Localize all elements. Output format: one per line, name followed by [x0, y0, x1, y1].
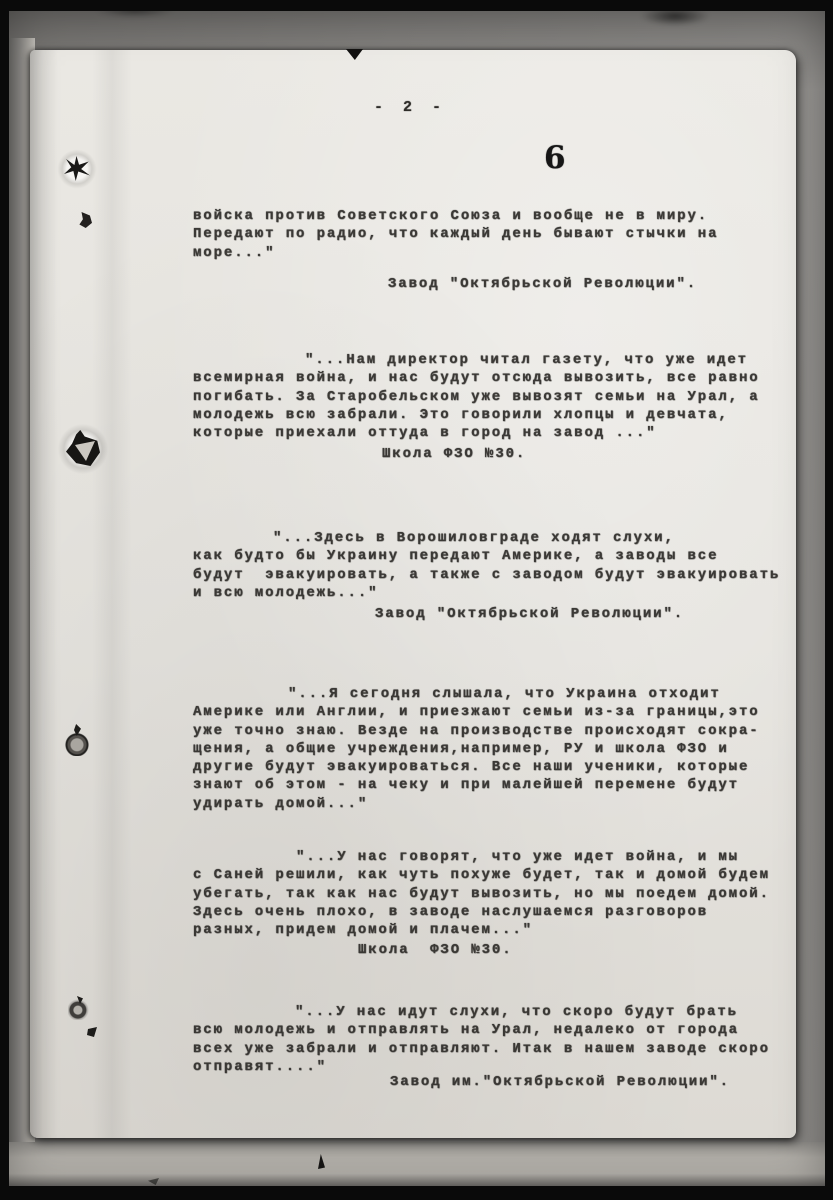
punch-hole-tear-icon — [78, 212, 92, 228]
text-line: море..." — [193, 244, 718, 262]
attribution-text: Завод "Октябрьской Революции". — [375, 605, 684, 623]
text-line: "...Нам директор читал газету, что уже и… — [193, 351, 760, 369]
text-line: "...Я сегодня слышала, что Украина отход… — [193, 685, 760, 703]
attribution-2: Школа ФЗО №30. — [382, 445, 526, 463]
text-line: щения, а общие учреждения,например, РУ и… — [193, 740, 760, 758]
text-line: погибать. За Старобельском уже вывозят с… — [193, 388, 760, 406]
frame-edge-left — [0, 0, 9, 1200]
paper-flap — [75, 441, 95, 461]
archive-folio-number: 6 — [544, 143, 566, 174]
paragraph-2: "...Нам директор читал газету, что уже и… — [193, 351, 760, 442]
paragraph-5: "...У нас говорят, что уже идет война, и… — [193, 848, 770, 939]
attribution-text: Школа ФЗО №30. — [358, 941, 513, 959]
attribution-text: Школа ФЗО №30. — [382, 445, 526, 463]
attribution-4: Школа ФЗО №30. — [358, 941, 513, 959]
text-line: Америке или Англии, и приезжают семьи из… — [193, 703, 760, 721]
text-line: разных, придем домой и плачем..." — [193, 921, 770, 939]
top-edge-tear-icon — [346, 49, 363, 60]
text-line: Здесь очень плохо, в заводе наслушаемся … — [193, 903, 770, 921]
text-line: другие будут эвакуироваться. Все наши уч… — [193, 758, 760, 776]
text-line: и всю молодежь..." — [193, 584, 780, 602]
text-line: войска против Советского Союза и вообще … — [193, 207, 718, 225]
punch-hole-icon — [64, 728, 90, 756]
text-line: "...У нас говорят, что уже идет война, и… — [193, 848, 770, 866]
text-line: с Саней решили, как чуть похуже будет, т… — [193, 866, 770, 884]
text-line: знают об этом - на чеку и при малейшей п… — [193, 776, 760, 794]
punch-hole-tear-icon — [87, 1027, 97, 1037]
paragraph-3: "...Здесь в Ворошиловграде ходят слухи, … — [193, 529, 780, 602]
attribution-3: Завод "Октябрьской Революции". — [375, 605, 684, 623]
punch-hole-icon — [68, 998, 90, 1020]
paragraph-4: "...Я сегодня слышала, что Украина отход… — [193, 685, 760, 813]
text-line: всех уже забрали и отправляют. Итак в на… — [193, 1040, 770, 1058]
paragraph-6: "...У нас идут слухи, что скоро будут бр… — [193, 1003, 770, 1076]
attribution-text: Завод "Октябрьской Революции". — [388, 275, 697, 293]
text-line: как будто бы Украину передают Америке, а… — [193, 547, 780, 565]
text-line: "...Здесь в Ворошиловграде ходят слухи, — [193, 529, 780, 547]
text-line: Передают по радио, что каждый день бываю… — [193, 225, 718, 243]
text-line: "...У нас идут слухи, что скоро будут бр… — [193, 1003, 770, 1021]
attribution-1: Завод "Октябрьской Революции". — [388, 275, 697, 293]
attribution-text: Завод им."Октябрьской Революции". — [390, 1073, 730, 1091]
text-line: удирать домой..." — [193, 795, 760, 813]
scanner-table-edge — [9, 1142, 825, 1186]
text-line: будут эвакуировать, а также с заводом бу… — [193, 566, 780, 584]
text-line: которые приехали оттуда в город на завод… — [193, 424, 760, 442]
document-scan: - 2 - 6 войска против Советского Союза и… — [0, 0, 833, 1200]
page-number: - 2 - — [374, 99, 447, 116]
frame-edge-top — [0, 0, 833, 11]
attribution-5: Завод им."Октябрьской Революции". — [390, 1073, 730, 1091]
text-line: всемирная война, и нас будут отсюда выво… — [193, 369, 760, 387]
document-page: - 2 - 6 войска против Советского Союза и… — [30, 50, 796, 1138]
text-line: всю молодежь и отправлять на Урал, недал… — [193, 1021, 770, 1039]
paragraph-1: войска против Советского Союза и вообще … — [193, 207, 718, 262]
frame-edge-right — [825, 0, 833, 1200]
frame-edge-bottom — [0, 1186, 833, 1200]
text-line: уже точно знаю. Везде на производстве пр… — [193, 722, 760, 740]
text-line: убегать, так как нас будут вывозить, но … — [193, 885, 770, 903]
text-line: молодежь всю забрали. Это говорили хлопц… — [193, 406, 760, 424]
